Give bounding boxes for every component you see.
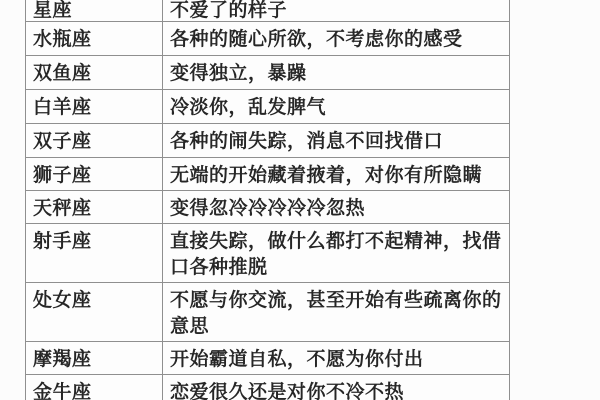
zodiac-table: 星座 不爱了的样子 水瓶座 各种的随心所欲，不考虑你的感受 双鱼座 变得独立，暴… xyxy=(25,0,510,400)
desc-cell: 各种的闹失踪，消息不回找借口 xyxy=(163,124,509,157)
desc-cell: 直接失踪，做什么都打不起精神，找借口各种推脱 xyxy=(163,224,509,282)
desc-cell: 变得独立，暴躁 xyxy=(163,56,509,89)
sign-cell: 摩羯座 xyxy=(26,342,163,374)
sign-cell: 白羊座 xyxy=(26,90,163,123)
sign-cell: 水瓶座 xyxy=(26,22,163,55)
desc-cell: 不愿与你交流，甚至开始有些疏离你的意思 xyxy=(163,283,509,341)
table-row: 摩羯座 开始霸道自私，不愿为你付出 xyxy=(26,342,509,375)
table-row: 金牛座 恋爱很久还是对你不冷不热 xyxy=(26,375,509,400)
desc-cell: 恋爱很久还是对你不冷不热 xyxy=(163,375,509,400)
sign-cell: 射手座 xyxy=(26,224,163,282)
sign-cell: 狮子座 xyxy=(26,158,163,190)
sign-cell: 天秤座 xyxy=(26,191,163,223)
sign-cell: 金牛座 xyxy=(26,375,163,400)
desc-cell: 变得忽冷冷冷冷冷忽热 xyxy=(163,191,509,223)
desc-cell: 无端的开始藏着掖着，对你有所隐瞒 xyxy=(163,158,509,190)
table-row: 天秤座 变得忽冷冷冷冷冷忽热 xyxy=(26,191,509,224)
desc-cell: 各种的随心所欲，不考虑你的感受 xyxy=(163,22,509,55)
header-desc-column: 不爱了的样子 xyxy=(163,0,509,21)
table-row: 双子座 各种的闹失踪，消息不回找借口 xyxy=(26,124,509,158)
table-header-row: 星座 不爱了的样子 xyxy=(26,0,509,22)
table-row: 白羊座 冷淡你，乱发脾气 xyxy=(26,90,509,124)
sign-cell: 双子座 xyxy=(26,124,163,157)
table-row: 双鱼座 变得独立，暴躁 xyxy=(26,56,509,90)
table-row: 水瓶座 各种的随心所欲，不考虑你的感受 xyxy=(26,22,509,56)
table-row: 狮子座 无端的开始藏着掖着，对你有所隐瞒 xyxy=(26,158,509,191)
table-row: 处女座 不愿与你交流，甚至开始有些疏离你的意思 xyxy=(26,283,509,342)
desc-cell: 开始霸道自私，不愿为你付出 xyxy=(163,342,509,374)
desc-cell: 冷淡你，乱发脾气 xyxy=(163,90,509,123)
sign-cell: 双鱼座 xyxy=(26,56,163,89)
sign-cell: 处女座 xyxy=(26,283,163,341)
table-row: 射手座 直接失踪，做什么都打不起精神，找借口各种推脱 xyxy=(26,224,509,283)
header-sign-column: 星座 xyxy=(26,0,163,21)
